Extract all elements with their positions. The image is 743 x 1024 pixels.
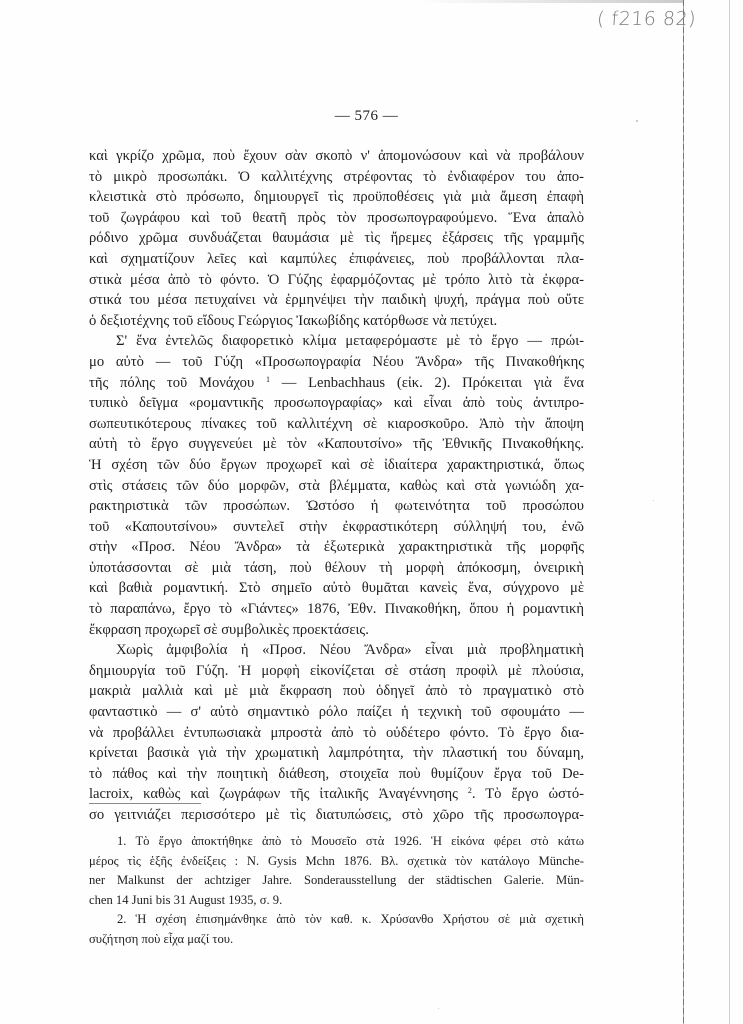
scan-speck [653, 500, 654, 501]
text-line: τοῦ ζωγράφου καὶ τοῦ θεατῆ πρὸς τὸν προσ… [89, 208, 584, 229]
body-text: καὶ γκρίζο χρῶμα, ποὺ ἔχουν σὰν σκοπὸ ν'… [89, 146, 584, 826]
text-line: τὸ πάθος καὶ τὴν ποιητικὴ διάθεση, στοιχ… [89, 764, 584, 785]
scan-speck [636, 120, 638, 122]
text-line: τὸ παραπάνω, ἔργο τὸ «Γιάντες» 1876, Ἐθν… [89, 599, 584, 620]
paragraph-start-line: Σ' ἕνα ἐντελῶς διαφορετικὸ κλίμα μεταφερ… [89, 331, 584, 352]
scan-fold-line [683, 0, 684, 1024]
text-line: ἔκφραση προχωρεῖ σὲ συμβολικὲς προεκτάσε… [89, 620, 584, 641]
footnote-1-line: μέρος τὶς ἑξῆς ἐνδείξεις : N. Gysis Mchn… [89, 852, 584, 872]
text-fragment: lacroix, καθὼς καὶ ζωγράφων τῆς ἰταλικῆς… [89, 786, 458, 802]
footnote-2-line: 2. Ἡ σχέση ἐπισημάνθηκε ἀπὸ τὸν καθ. κ. … [89, 910, 584, 930]
text-line: ὁ δεξιοτέχνης τοῦ εἴδους Γεώργιος Ἰακωβί… [89, 311, 584, 332]
text-line: μο αὐτὸ — τοῦ Γύζη «Προσωπογραφία Νέου Ἄ… [89, 352, 584, 373]
text-line: ὑποτάσσονται σὲ μιὰ τάση, ποὺ θέλουν τὴ … [89, 558, 584, 579]
footnote-1-line: 1. Τὸ ἔργο ἀποκτήθηκε ἀπὸ τὸ Μουσεῖο στὰ… [89, 832, 584, 852]
text-line: Ἡ σχέση τῶν δύο ἔργων προχωρεῖ καὶ σὲ ἰδ… [89, 455, 584, 476]
text-line: στικά του μέσα πετυχαίνει νὰ ἑρμηνέψει τ… [89, 290, 584, 311]
text-line: στὴν «Προσ. Νέου Ἄνδρα» τὰ ἐξωτερικὰ χαρ… [89, 537, 584, 558]
text-line: κρίνεται βασικὰ γιὰ τὴν χρωματικὴ λαμπρό… [89, 743, 584, 764]
text-line: κλειστικὰ στὸ πρόσωπο, δημιουργεῖ τὶς πρ… [89, 187, 584, 208]
text-line-with-footnote: lacroix, καθὼς καὶ ζωγράφων τῆς ἰταλικῆς… [89, 784, 584, 805]
handwritten-reference: ( f216 82) [596, 8, 697, 30]
text-line: μακριὰ μαλλιὰ καὶ μὲ μιὰ ἔκφραση ποὺ ὁδη… [89, 681, 584, 702]
text-line-with-footnote: τῆς πόλης τοῦ Μονάχου 1 — Lenbachhaus (ε… [89, 373, 584, 394]
footnote-1-line: ner Malkunst der achtziger Jahre. Sonder… [89, 871, 584, 891]
text-line: αὐτὴ τὸ ἔργο συγγενεύει μὲ τὸν «Καπουτσί… [89, 434, 584, 455]
text-fragment: . Τὸ ἔργο ὡστό- [472, 786, 584, 802]
page-number: — 576 — [0, 108, 743, 125]
text-line: τοῦ «Καπουτσίνου» συντελεῖ στὴν ἐκφραστι… [89, 517, 584, 538]
text-line: στικὰ μέσα ἀπὸ τὸ φόντο. Ὁ Γύζης ἐφαρμόζ… [89, 270, 584, 291]
text-line: ρόδινο χρῶμα συνδυάζεται θαυμάσια μὲ τὶς… [89, 228, 584, 249]
text-line: καὶ βαθιὰ ρομαντική. Στὸ σημεῖο αὐτὸ θυμ… [89, 578, 584, 599]
footnote-2-line: συζήτηση ποὺ εἶχα μαζί του. [89, 930, 584, 950]
footnotes: 1. Τὸ ἔργο ἀποκτήθηκε ἀπὸ τὸ Μουσεῖο στὰ… [89, 832, 584, 950]
paragraph-start-line: Χωρὶς ἀμφιβολία ἡ «Προσ. Νέου Ἄνδρα» εἶν… [89, 640, 584, 661]
scan-top-shadow [420, 0, 683, 3]
scan-speck [438, 1008, 439, 1009]
text-line: δημιουργία τοῦ Γύζη. Ἡ μορφὴ εἰκονίζεται… [89, 661, 584, 682]
text-line: στὶς στάσεις τῶν δύο μορφῶν, στὰ βλέμματ… [89, 476, 584, 497]
text-fragment: — Lenbachhaus (εἰκ. 2). Πρόκειται γιὰ ἕν… [282, 375, 584, 391]
text-line: σωπευτικότερους πίνακες τοῦ καλλιτέχνη σ… [89, 414, 584, 435]
footnote-separator [89, 803, 201, 804]
text-line: φανταστικὸ — σ' αὐτὸ σημαντικὸ ρόλο παίζ… [89, 702, 584, 723]
text-line: τὸ μικρὸ προσωπάκι. Ὁ καλλιτέχνης στρέφο… [89, 167, 584, 188]
text-line: σο γειτνιάζει περισσότερο μὲ τὶς διατυπώ… [89, 805, 584, 826]
scan-page-edge [729, 0, 730, 1024]
text-line: νὰ προβάλλει ἐντυπωσιακὰ μπροστὰ ἀπὸ τὸ … [89, 723, 584, 744]
text-line: καὶ γκρίζο χρῶμα, ποὺ ἔχουν σὰν σκοπὸ ν'… [89, 146, 584, 167]
footnote-1-line: chen 14 Juni bis 31 August 1935, σ. 9. [89, 891, 584, 911]
text-line: καὶ σχηματίζουν λεῖες καὶ καμπύλες ἐπιφά… [89, 249, 584, 270]
text-line: τυπικὸ δεῖγμα «ρομαντικῆς προσωπογραφίας… [89, 393, 584, 414]
text-line: ρακτηριστικὰ τῶν προσώπων. Ὡστόσο ἡ φωτε… [89, 496, 584, 517]
text-fragment: τῆς πόλης τοῦ Μονάχου [89, 375, 254, 391]
footnote-marker-1[interactable]: 1 [266, 375, 270, 384]
